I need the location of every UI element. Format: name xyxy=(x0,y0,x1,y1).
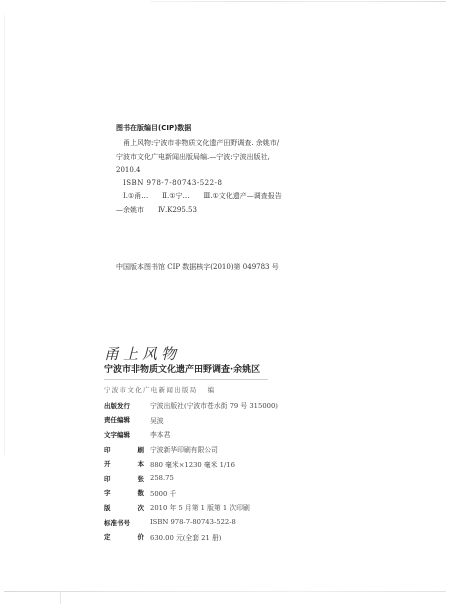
colophon-label: 文字编辑 xyxy=(104,430,144,439)
colophon-row-isbn: 标准书号 ISBN 978-7-80743-522-8 xyxy=(104,515,278,530)
colophon-row-responsible-editor: 责任编辑 吴波 xyxy=(104,413,278,428)
label-part: 次 xyxy=(138,503,145,512)
colophon-value: 宁波出版社(宁波市苍水街 79 号 315000) xyxy=(150,400,278,410)
colophon-table: 出版发行 宁波出版社(宁波市苍水街 79 号 315000) 责任编辑 吴波 文… xyxy=(104,398,278,544)
label-part: 数 xyxy=(138,488,145,497)
cip-line-publisher: 宁波市文化广电新闻出版局编.—宁波:宁波出版社, xyxy=(116,151,416,164)
label-part: 责任编辑 xyxy=(104,415,130,424)
cip-class-part-3: Ⅲ.①文化遗产—调查报告 xyxy=(204,192,282,200)
label-part: 印 xyxy=(104,445,111,454)
editor-name: 宁波市文化广电新闻出版局 xyxy=(104,386,198,394)
label-part: 张 xyxy=(138,474,145,483)
colophon-label: 定价 xyxy=(104,532,144,541)
label-part: 刷 xyxy=(138,445,145,454)
colophon-row-printer: 印刷 宁波新华印刷有限公司 xyxy=(104,442,278,457)
label-part: 出版发行 xyxy=(104,401,130,410)
label-part: 开 xyxy=(104,459,111,468)
colophon-row-price: 定价 630.00 元(全套 21 册) xyxy=(104,529,278,544)
cip-classification-line-1: Ⅰ.①甬…Ⅱ.①宁…Ⅲ.①文化遗产—调查报告 xyxy=(116,190,416,203)
scan-edge-top xyxy=(150,1,446,2)
cip-class-part-4: —余姚市 xyxy=(116,206,144,214)
label-part: 字 xyxy=(104,488,111,497)
colophon-row-publisher: 出版发行 宁波出版社(宁波市苍水街 79 号 315000) xyxy=(104,398,278,413)
label-part: 标准书号 xyxy=(104,518,130,527)
colophon-row-word-count: 字数 5000 千 xyxy=(104,486,278,501)
label-part: 本 xyxy=(138,459,145,468)
cip-class-part-5: Ⅳ.K295.53 xyxy=(158,206,197,214)
colophon-row-sheets: 印张 258.75 xyxy=(104,471,278,486)
cip-line-date: 2010.4 xyxy=(116,164,416,177)
book-subtitle: 宁波市非物质文化遗产田野调查·余姚区 xyxy=(104,364,268,380)
colophon-value: 5000 千 xyxy=(150,488,176,498)
colophon-label: 责任编辑 xyxy=(104,415,144,424)
colophon-label: 标准书号 xyxy=(104,518,144,527)
cip-classification-line-2: —余姚市Ⅳ.K295.53 xyxy=(116,204,416,217)
cip-class-part-1: Ⅰ.①甬… xyxy=(123,192,148,200)
colophon-value: 880 毫米×1230 毫米 1/16 xyxy=(150,459,235,469)
cip-data-block: 图书在版编目(CIP)数据 甬上风物:宁波市非物质文化遗产田野调查. 余姚市/ … xyxy=(116,122,416,217)
series-title: 甬上风物 xyxy=(104,344,404,364)
colophon-label: 出版发行 xyxy=(104,401,144,410)
colophon-label: 印张 xyxy=(104,474,144,483)
colophon-label: 开本 xyxy=(104,459,144,468)
colophon-row-edition: 版次 2010 年 5 月第 1 版第 1 次印刷 xyxy=(104,500,278,515)
label-part: 印 xyxy=(104,474,111,483)
colophon-label: 字数 xyxy=(104,488,144,497)
editor-line: 宁波市文化广电新闻出版局编 xyxy=(104,385,404,394)
colophon-row-text-editor: 文字编辑 李本君 xyxy=(104,427,278,442)
cip-line-title: 甬上风物:宁波市非物质文化遗产田野调查. 余姚市/ xyxy=(116,137,416,150)
label-part: 文字编辑 xyxy=(104,430,130,439)
label-part: 价 xyxy=(138,532,145,541)
cip-verification-number: 中国版本图书馆 CIP 数据核字(2010)第 049783 号 xyxy=(116,262,279,272)
scan-edge-bottom xyxy=(4,591,446,592)
editor-role: 编 xyxy=(208,386,216,394)
colophon-label: 版次 xyxy=(104,503,144,512)
cip-heading: 图书在版编目(CIP)数据 xyxy=(116,122,416,135)
label-part: 版 xyxy=(104,503,111,512)
colophon-value: 630.00 元(全套 21 册) xyxy=(150,532,221,542)
colophon-value: 宁波新华印刷有限公司 xyxy=(150,444,218,454)
label-part: 定 xyxy=(104,532,111,541)
colophon-value: 258.75 xyxy=(150,474,174,482)
cip-line-isbn: ISBN 978-7-80743-522-8 xyxy=(116,177,416,190)
scan-edge-tick xyxy=(60,592,61,604)
cip-class-part-2: Ⅱ.①宁… xyxy=(162,192,189,200)
colophon-value: ISBN 978-7-80743-522-8 xyxy=(150,518,236,526)
colophon-value: 2010 年 5 月第 1 版第 1 次印刷 xyxy=(150,502,250,512)
scan-edge-left xyxy=(4,15,5,455)
colophon-label: 印刷 xyxy=(104,445,144,454)
colophon-value: 李本君 xyxy=(150,429,170,439)
colophon-value: 吴波 xyxy=(150,415,164,425)
title-block: 甬上风物 宁波市非物质文化遗产田野调查·余姚区 宁波市文化广电新闻出版局编 xyxy=(104,344,404,394)
colophon-row-format: 开本 880 毫米×1230 毫米 1/16 xyxy=(104,456,278,471)
